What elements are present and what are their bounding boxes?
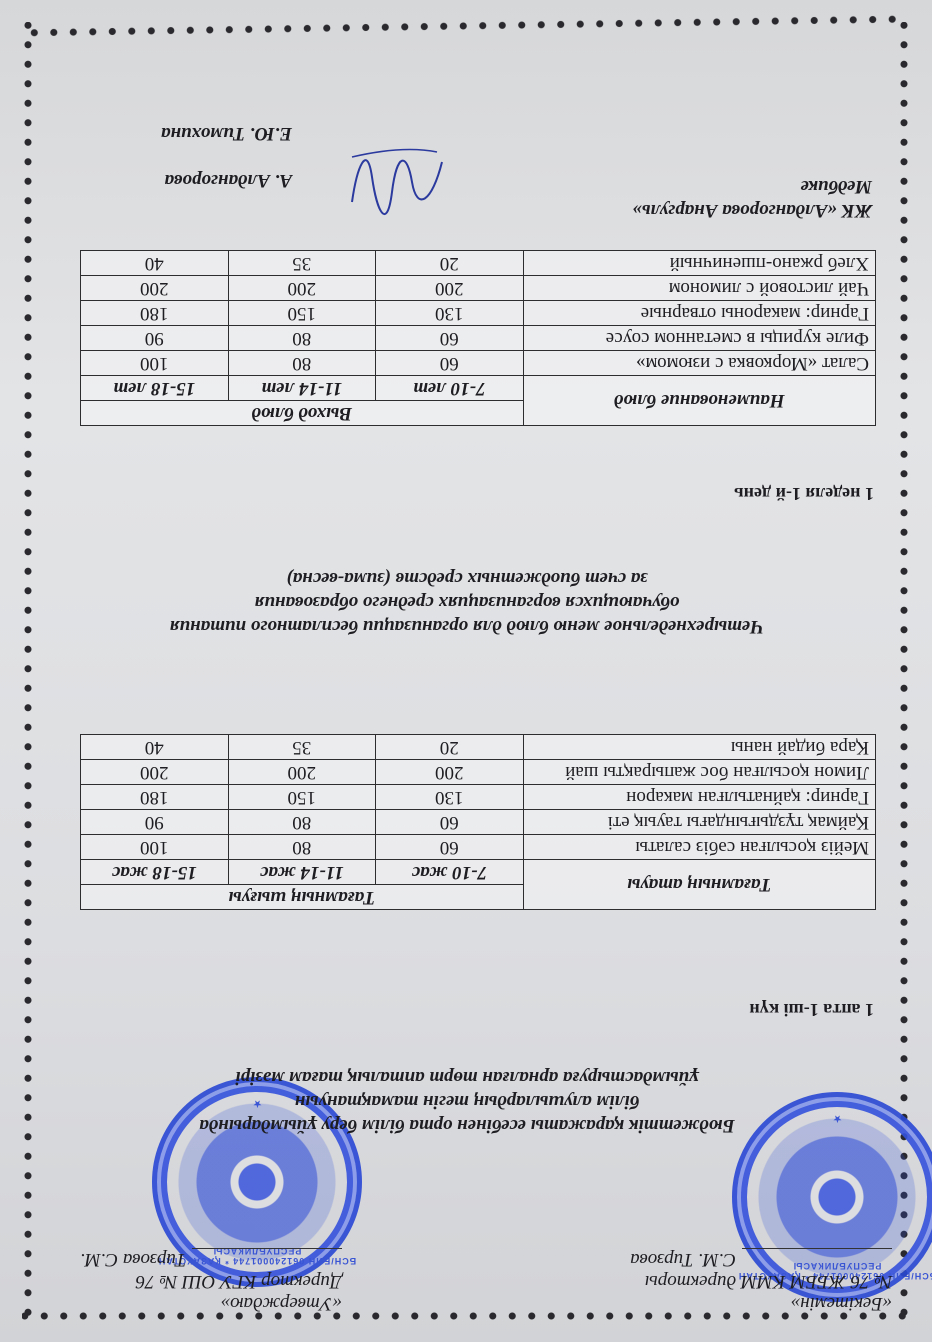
- table-row: Салат «Морковка с изюмом» 60 80 100: [81, 351, 876, 376]
- day-label-ru: 1 неделя 1-й день: [734, 483, 874, 504]
- menu-table-ru: Наименование блюд Выход блюд 7-10 лет 11…: [80, 250, 876, 426]
- table-row: Гарнир: қайнатылған макарон 130 150 180: [81, 785, 876, 810]
- signature-line: [742, 1248, 892, 1249]
- menu-document-page: БСН/БИН 061240001744 * ҚАЗАҚСТАН РЕСПУБЛ…: [0, 0, 932, 1342]
- table-row: Филе курицы в сметанном соусе 60 80 90: [81, 326, 876, 351]
- header-dish: Тағамның атауы: [523, 860, 875, 910]
- supplier-name: ЖК «Алдангорова Анаргуль» Медбике: [632, 174, 872, 222]
- table-row: Чай листовой с лимоном 200 200 200: [81, 276, 876, 301]
- header-age: 11-14 жас: [228, 860, 376, 885]
- menu-table-kz: Тағамның атауы Тағамның шығуы 7-10 жас 1…: [80, 734, 876, 910]
- header-age: 15-18 лет: [81, 376, 229, 401]
- table-row: Хлеб ржано-пшеничный 20 35 40: [81, 251, 876, 276]
- signature-line: [192, 1248, 342, 1249]
- approval-block-ru: «Утверждаю» Директор КГУ ОШ № 76 Тирзова…: [22, 1248, 342, 1314]
- table-row: Гарнир: макароны отварные 130 150 180: [81, 301, 876, 326]
- header-dish: Наименование блюд: [523, 376, 875, 426]
- document-photo: БСН/БИН 061240001744 * ҚАЗАҚСТАН РЕСПУБЛ…: [0, 0, 932, 1342]
- table-row: Қара бидай наны 20 35 40: [81, 735, 876, 760]
- header-age: 7-10 лет: [376, 376, 524, 401]
- signer-aldangorova: А. Алдангорова: [165, 168, 292, 192]
- signer-timokhina: Е.Ю. Тимохина: [161, 122, 292, 144]
- header-output: Тағамның шығуы: [81, 885, 524, 910]
- day-label-kz: 1 апта 1-ші күн: [749, 999, 874, 1020]
- menu-title-kz: Бюджеттік қаражаты есебінен орта білім б…: [102, 1065, 832, 1137]
- handwritten-signature: [342, 142, 452, 222]
- menu-title-ru: Четырехнедельное меню блюд для организац…: [102, 566, 832, 638]
- header-age: 11-14 лет: [228, 376, 376, 401]
- header-age: 7-10 жас: [376, 860, 524, 885]
- table-row: Мейіз қосылған сәбіз салаты 60 80 100: [81, 835, 876, 860]
- header-age: 15-18 жас: [81, 860, 229, 885]
- table-row: Қаймақ тұздығындағы тауық еті 60 80 90: [81, 810, 876, 835]
- header-output: Выход блюд: [81, 401, 524, 426]
- table-row: Лимон қосылған бос жапырақты шай 200 200…: [81, 760, 876, 785]
- approval-block-kz: «Бекітемін» № 76 ЖББМ КММ директоры С.М.…: [562, 1248, 892, 1314]
